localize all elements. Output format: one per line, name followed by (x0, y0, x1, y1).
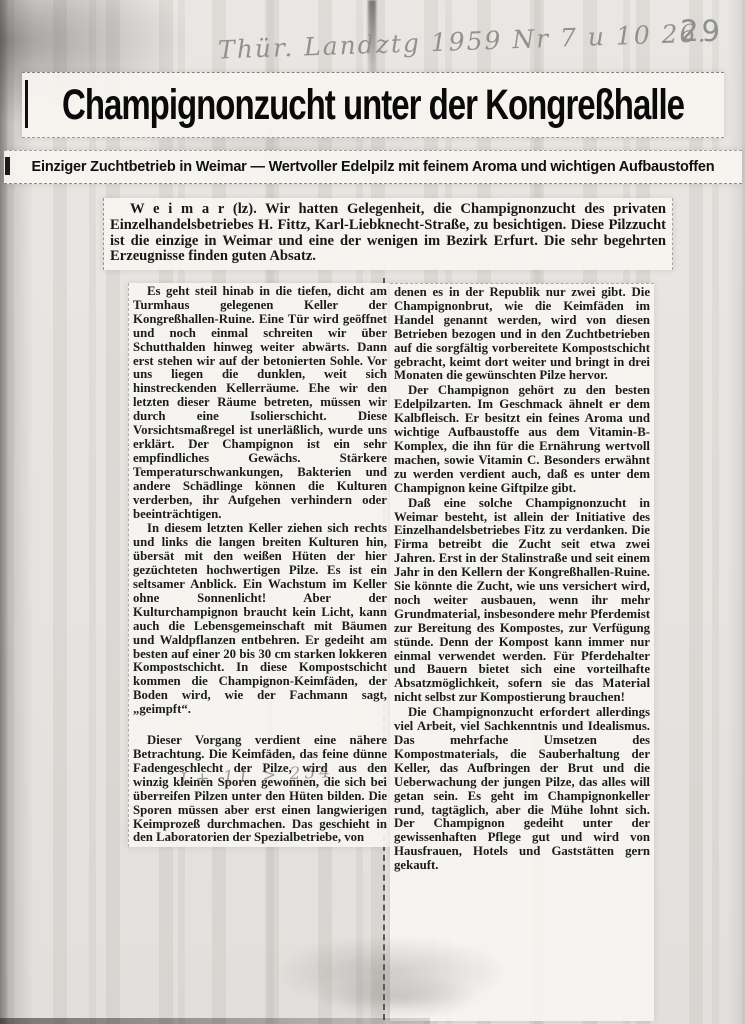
paragraph: Daß eine solche Champignonzucht in Weima… (394, 497, 650, 706)
headline-clipping: Champignonzucht unter der Kongreßhalle (22, 72, 724, 138)
scan-smudge (320, 975, 480, 1020)
scanned-newspaper-page: Thür. Landztg 1959 Nr 7 u 10 26. 29 Cham… (0, 0, 745, 1024)
column-right: denen es in der Republik nur zwei gibt. … (390, 283, 654, 1021)
clipping-edge-mark (25, 80, 28, 128)
paragraph: Die Champignonzucht erfordert allerdings… (394, 706, 650, 873)
article-headline: Champignonzucht unter der Kongreßhalle (62, 81, 684, 130)
clipping-edge-mark (5, 157, 10, 175)
paragraph: In diesem letzten Keller ziehen sich rec… (133, 522, 387, 717)
subheadline-clipping: Einziger Zuchtbetrieb in Weimar — Wertvo… (4, 150, 742, 184)
paragraph: denen es in der Republik nur zwei gibt. … (394, 286, 650, 383)
page-number: 29 (680, 14, 723, 48)
paragraph: Es geht steil hinab in die tiefen, dicht… (133, 285, 387, 521)
lead-clipping: W e i m a r (lz). Wir hatten Gelegenheit… (103, 198, 673, 270)
handwritten-date-note: Thür. Landztg 1959 Nr 7 u 10 26. (218, 21, 649, 65)
article-subheadline: Einziger Zuchtbetrieb in Weimar — Wertvo… (32, 159, 715, 175)
paragraph: Der Champignon gehört zu den besten Edel… (394, 384, 650, 495)
column-left: Es geht steil hinab in die tiefen, dicht… (128, 283, 391, 847)
scan-edge-shadow (0, 1018, 430, 1024)
paragraph: Dieser Vorgang verdient eine nähere Betr… (133, 734, 387, 845)
lead-paragraph: W e i m a r (lz). Wir hatten Gelegenheit… (110, 202, 666, 265)
